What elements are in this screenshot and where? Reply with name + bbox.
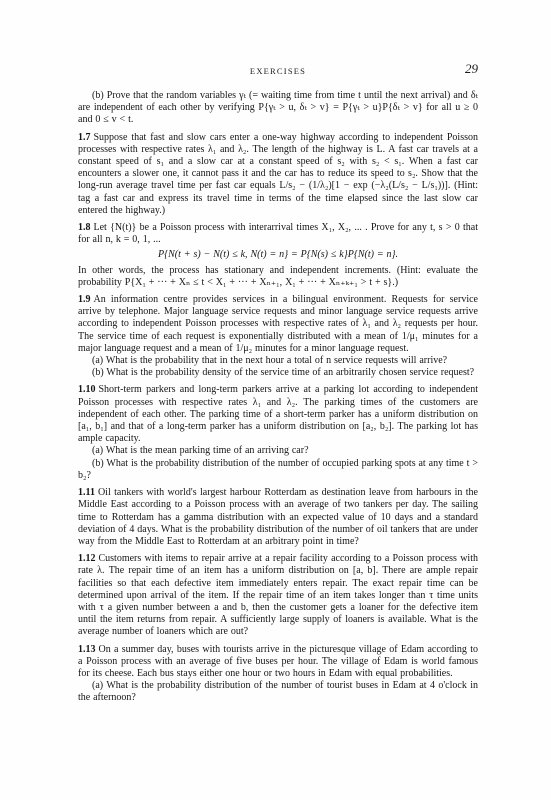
exercise-number: 1.8 [78, 222, 91, 233]
exercise-1-10-sub-a: (a) What is the mean parking time of an … [78, 445, 478, 457]
book-page: EXERCISES 29 (b) Prove that the random v… [0, 0, 551, 800]
exercise-text: Suppose that fast and slow cars enter a … [78, 132, 478, 216]
exercise-1-9-sub-b: (b) What is the probability density of t… [78, 367, 478, 379]
paragraph-text: (b) What is the probability density of t… [92, 367, 474, 378]
display-equation: P{N(t + s) − N(t) ≤ k, N(t) = n} = P{N(s… [78, 249, 478, 261]
page-number: 29 [465, 61, 478, 77]
paragraph-text: (b) Prove that the random variables γₜ (… [78, 90, 478, 125]
exercise-1-7: 1.7Suppose that fast and slow cars enter… [78, 132, 478, 217]
exercise-number: 1.10 [78, 384, 96, 395]
paragraph-text: (a) What is the mean parking time of an … [92, 445, 309, 456]
exercise-text: An information centre provides services … [78, 294, 478, 354]
exercise-1-9: 1.9An information centre provides servic… [78, 294, 478, 355]
exercise-text: On a summer day, buses with tourists arr… [78, 644, 478, 679]
exercise-1-13: 1.13On a summer day, buses with tourists… [78, 644, 478, 681]
exercise-text: Let {N(t)} be a Poisson process with int… [78, 222, 478, 245]
exercise-number: 1.9 [78, 294, 91, 305]
exercise-number: 1.13 [78, 644, 96, 655]
page-content: EXERCISES 29 (b) Prove that the random v… [78, 64, 478, 705]
running-head: EXERCISES [250, 66, 306, 76]
paragraph-text: (a) What is the probability that in the … [92, 355, 447, 366]
exercise-text: Oil tankers with world's largest harbour… [78, 487, 478, 547]
exercise-text: Short-term parkers and long-term parkers… [78, 384, 478, 444]
exercise-1-9-sub-a: (a) What is the probability that in the … [78, 355, 478, 367]
exercise-1-10-sub-b: (b) What is the probability distribution… [78, 458, 478, 482]
exercise-1-10: 1.10Short-term parkers and long-term par… [78, 384, 478, 445]
exercise-text: Customers with items to repair arrive at… [78, 553, 478, 637]
paragraph-continuation: In other words, the process has stationa… [78, 265, 478, 289]
exercise-1-8: 1.8Let {N(t)} be a Poisson process with … [78, 222, 478, 246]
exercise-number: 1.7 [78, 132, 91, 143]
paragraph-text: (b) What is the probability distribution… [78, 458, 478, 481]
exercise-1-12: 1.12Customers with items to repair arriv… [78, 553, 478, 638]
page-header: EXERCISES 29 [78, 64, 478, 78]
exercise-number: 1.12 [78, 553, 96, 564]
exercise-1-13-sub-a: (a) What is the probability distribution… [78, 680, 478, 704]
paragraph-text: (a) What is the probability distribution… [78, 680, 478, 703]
exercise-number: 1.11 [78, 487, 95, 498]
paragraph-sub-b: (b) Prove that the random variables γₜ (… [78, 90, 478, 127]
exercise-1-11: 1.11Oil tankers with world's largest har… [78, 487, 478, 548]
